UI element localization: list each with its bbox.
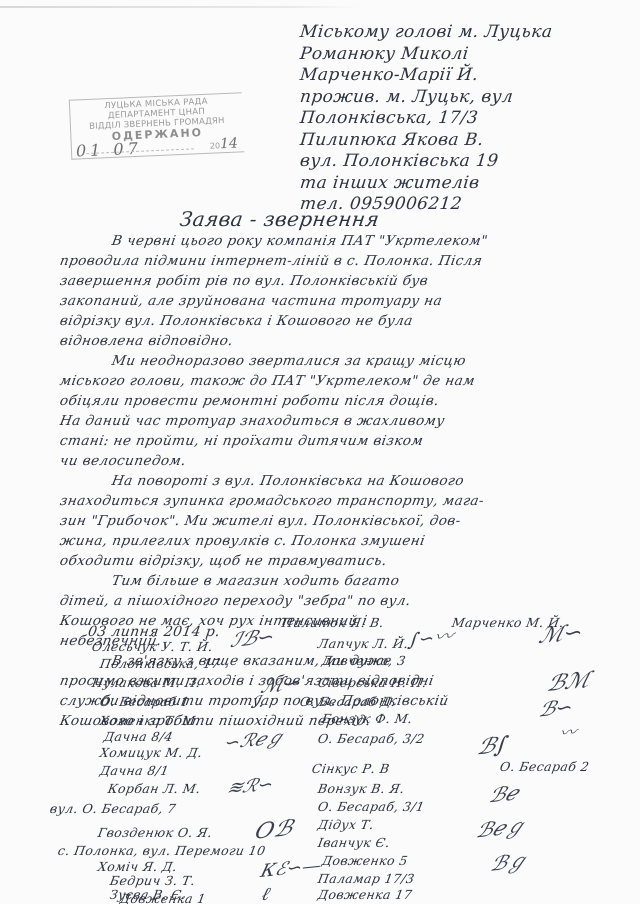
signature-scribble-icon: Оℬ	[252, 816, 295, 845]
body-line: міського голови, також до ПАТ "Укртелеко…	[58, 371, 622, 391]
signature-entry: Дачна 8/1	[99, 764, 170, 778]
signature-scribble-icon: ℳ∽	[536, 620, 586, 649]
signature-entry: Хоміч Я. Д.	[97, 860, 179, 874]
body-line: стані: не пройти, ні проїхати дитячим ві…	[58, 431, 622, 451]
body-line: знаходиться зупинка громадського транспо…	[58, 491, 622, 511]
body-line: обходити відрізку, щоб не травмуватись.	[58, 551, 622, 571]
signature-scribble-icon: ℬℳ	[544, 668, 593, 697]
signature-entry: с. Полонка, вул. Перемоги 10	[57, 844, 267, 858]
body-line: На повороті з вул. Полонківська на Кошов…	[58, 471, 622, 491]
signature-entry: Довженко 5	[321, 854, 409, 868]
body-line: проводила підмини інтернет-ліній в с. По…	[58, 251, 622, 271]
body-line: Ми неодноразово зверталися за кращу місц…	[58, 351, 622, 371]
signature-entry: Гвозденюк О. Я.	[97, 826, 214, 840]
body-line: закопаний, але зруйнована частина тротуа…	[58, 291, 622, 311]
stamp-handwritten-date: 01 07	[76, 139, 143, 161]
stamp-year: 2014	[210, 135, 239, 152]
signature-entry: Пилипюк Я. В.	[281, 616, 385, 630]
signature-scribble-icon: ℬ∫	[474, 733, 510, 761]
signature-entry: Сінкус Р. В	[311, 762, 391, 776]
addressee-line: Полонківська, 17/3	[299, 108, 636, 130]
signature-entry: Корбан Л. М.	[107, 782, 202, 796]
stamp-year-prefix: 20	[210, 141, 221, 150]
body-line: дітей, а пішохідного переходу "зебра" по…	[58, 591, 622, 611]
body-line: В червні цього року компанія ПАТ "Укртел…	[58, 231, 622, 251]
signature-entry: Хоменко Т. М.	[99, 714, 201, 728]
scan-edge-shadow	[0, 6, 360, 8]
signature-scribble-icon: ℬℯℊ	[473, 810, 530, 844]
signature-entry: Олесьчук У. Т. Й.	[91, 640, 214, 654]
signature-entry: О. Бесараб, 3/2	[317, 732, 426, 746]
addressee-line: та інших жителів	[299, 173, 636, 195]
signature-entry: Довженка 1	[119, 892, 207, 904]
body-line: обіцяли провести ремонтні роботи після д…	[58, 391, 622, 411]
addressee-line: Міському голові м. Луцька	[299, 22, 636, 44]
addressee-line: Марченко-Марії Й.	[299, 65, 636, 87]
signature-entry: Дідух Т.	[317, 818, 375, 832]
body-line: відновлена відповідно.	[58, 331, 622, 351]
signature-entry: Бонзук Ф. М.	[321, 712, 414, 726]
body-line: завершення робіт рів по вул. Полонківськ…	[58, 271, 622, 291]
signature-entry: Хомицук М. Д.	[99, 746, 204, 760]
body-line: зин "Грибочок". Ми жителі вул. Полонківс…	[58, 511, 622, 531]
body-line: чи велосипедом.	[58, 451, 622, 471]
signature-entry: О. Бесараб Д.	[299, 695, 397, 709]
signature-entry: Дачна 8/4	[103, 730, 174, 744]
signature-entry: вул. О. Бесараб, 7	[49, 802, 177, 816]
signature-scribble-icon: ℓ	[259, 884, 272, 904]
signature-date: 03 липня 2014 р.	[87, 624, 221, 640]
signature-entry: Довченко, 3	[321, 654, 407, 668]
signature-entry: О. Бесараб 1	[99, 695, 191, 709]
addressee-line: вул. Полонківська 19	[299, 151, 636, 173]
signature-scribble-icon: ∫∽〰	[406, 622, 457, 652]
signature-entry: О. Бесараб 2	[499, 760, 591, 774]
received-stamp: ЛУЦЬКА МІСЬКА РАДА ДЕПАРТАМЕНТ ЦНАП ВІДД…	[69, 92, 244, 159]
signature-scribble-icon: Кℰ∽—	[258, 855, 323, 882]
stamp-year-suffix: 14	[220, 135, 239, 152]
signature-scribble-icon: ℬℯ	[486, 781, 521, 808]
addressee-block: Міському голові м. Луцька Романюку Микол…	[300, 22, 635, 216]
body-line: Тим більше в магазин ходить багато	[58, 571, 622, 591]
signature-entry: Іванчук Є.	[317, 836, 391, 850]
signature-entry: Бедрич З. Т.	[109, 874, 197, 888]
signature-entry: Сіверська Н. П.	[317, 676, 428, 690]
signature-scribble-icon: ≋ℛ∽	[225, 774, 276, 800]
addressee-line: Пилипюка Якова В.	[299, 130, 636, 152]
addressee-line: Романюку Миколі	[299, 44, 636, 66]
body-line: На даний час тротуар знаходиться в жахли…	[58, 411, 622, 431]
signature-scribble-icon: ∽ℛℯℊ	[222, 723, 289, 755]
signature-scribble-icon: ℬℊ	[488, 844, 532, 877]
signature-entry: Паламар 17/3	[317, 872, 416, 886]
signature-entry: Нулакова М. П.	[91, 676, 202, 690]
signature-entry: Довженка 17	[317, 888, 413, 902]
body-line: відрізку вул. Полонківська і Кошового не…	[58, 311, 622, 331]
signature-entry: Вонзук В. Я.	[317, 782, 406, 796]
document-title: Заява - звернення	[178, 207, 381, 231]
signature-entry: О. Бесараб, 3/1	[317, 800, 426, 814]
signature-entry: Полонківська, 17	[99, 657, 221, 671]
addressee-line: прожив. м. Луцьк, вул	[299, 87, 636, 109]
body-line: жина, прилеглих провулків с. Полонка зму…	[58, 531, 622, 551]
signature-entry: Лапчук Л. Й.	[317, 637, 410, 651]
